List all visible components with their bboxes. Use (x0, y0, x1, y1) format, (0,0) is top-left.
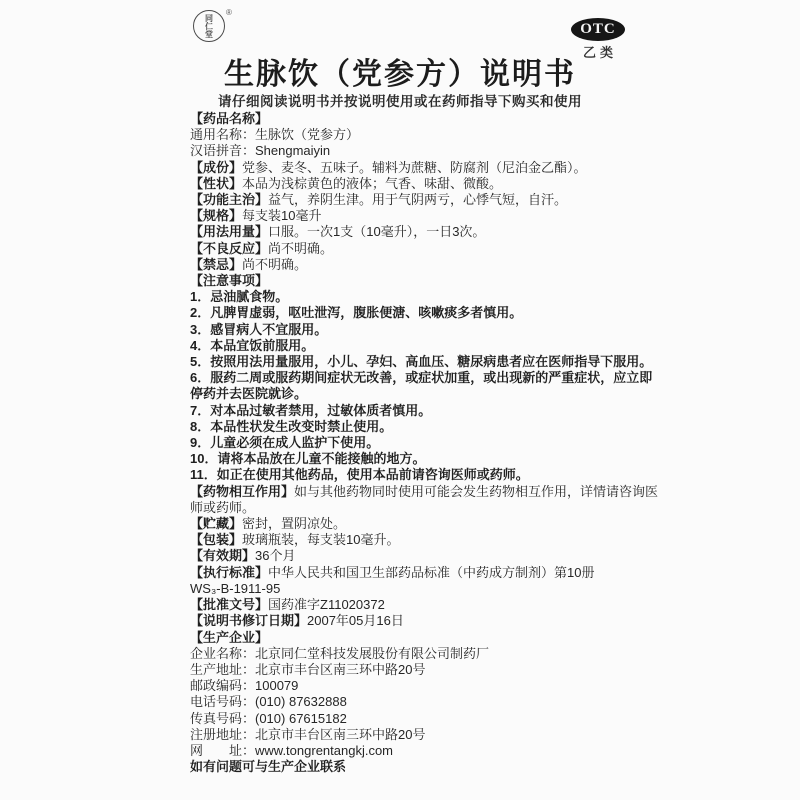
section-text: 11．如正在使用其他药品，使用本品前请咨询医师或药师。 (190, 467, 529, 482)
section-text: 密封，置阴凉处。 (242, 516, 346, 531)
section-label: 【说明书修订日期】 (190, 613, 307, 628)
document-line: 【说明书修订日期】2007年05月16日 (190, 613, 664, 629)
document-line: 【有效期】36个月 (190, 548, 664, 564)
section-text: 4．本品宜饭前服用。 (190, 338, 314, 353)
section-text: 本品为浅棕黄色的液体；气香、味甜、微酸。 (242, 176, 502, 191)
section-text: 如有问题可与生产企业联系 (190, 759, 346, 774)
document-line: 【禁忌】尚不明确。 (190, 257, 664, 273)
section-label: 【规格】 (190, 208, 242, 223)
document-line: 【包装】玻璃瓶装，每支装10毫升。 (190, 532, 664, 548)
section-text: 1．忌油腻食物。 (190, 289, 288, 304)
section-text: 通用名称：生脉饮（党参方） (190, 127, 359, 142)
registered-trademark-icon: ® (226, 8, 232, 17)
document-line: 【规格】每支装10毫升 (190, 208, 664, 224)
section-label: 【用法用量】 (190, 224, 268, 239)
section-label: 【生产企业】 (190, 630, 268, 645)
section-label: 【不良反应】 (190, 241, 268, 256)
section-text: 每支装10毫升 (242, 208, 321, 223)
document-line: 【批准文号】国药准字Z11020372 (190, 597, 664, 613)
document-line: 【用法用量】口服。一次1支（10毫升），一日3次。 (190, 224, 664, 240)
document-line: 汉语拼音：Shengmaiyin (190, 143, 664, 159)
document-line: 【药物相互作用】如与其他药物同时使用可能会发生药物相互作用，详情请咨询医师或药师… (190, 484, 664, 516)
document-line: 1．忌油腻食物。 (190, 289, 664, 305)
document-line: 企业名称：北京同仁堂科技发展股份有限公司制药厂 (190, 646, 664, 662)
document-line: 注册地址：北京市丰台区南三环中路20号 (190, 727, 664, 743)
page-subtitle: 请仔细阅读说明书并按说明使用或在药师指导下购买和使用 (0, 90, 800, 110)
section-text: 汉语拼音：Shengmaiyin (190, 143, 330, 158)
section-label: 【贮藏】 (190, 516, 242, 531)
document-line: 【生产企业】 (190, 630, 664, 646)
document-line: 【执行标准】中华人民共和国卫生部药品标准（中药成方制剂）第10册 (190, 565, 664, 581)
section-text: 7．对本品过敏者禁用，过敏体质者慎用。 (190, 403, 431, 418)
section-label: 【执行标准】 (190, 565, 268, 580)
section-text: 电话号码：(010) 87632888 (190, 694, 347, 709)
section-label: 【包装】 (190, 532, 242, 547)
section-text: 口服。一次1支（10毫升），一日3次。 (268, 224, 485, 239)
section-text: 生产地址：北京市丰台区南三环中路20号 (190, 662, 425, 677)
section-label: 【有效期】 (190, 548, 255, 563)
document-line: 【性状】本品为浅棕黄色的液体；气香、味甜、微酸。 (190, 176, 664, 192)
section-text: 企业名称：北京同仁堂科技发展股份有限公司制药厂 (190, 646, 489, 661)
section-label: 【批准文号】 (190, 597, 268, 612)
section-text: 9．儿童必须在成人监护下使用。 (190, 435, 379, 450)
section-text: 国药准字Z11020372 (268, 597, 385, 612)
section-text: 益气，养阴生津。用于气阴两亏，心悸气短，自汗。 (268, 192, 567, 207)
section-text: 网 址：www.tongrentangkj.com (190, 743, 393, 758)
document-line: 【不良反应】尚不明确。 (190, 241, 664, 257)
document-line: 6．服药二周或服药期间症状无改善，或症状加重，或出现新的严重症状，应立即停药并去… (190, 370, 664, 402)
document-line: 【成份】党参、麦冬、五味子。辅料为蔗糖、防腐剂（尼泊金乙酯）。 (190, 160, 664, 176)
document-line: 网 址：www.tongrentangkj.com (190, 743, 664, 759)
tongrentang-seal-icon: 同仁堂 (193, 10, 225, 42)
document-line: 电话号码：(010) 87632888 (190, 694, 664, 710)
document-body: 【药品名称】通用名称：生脉饮（党参方）汉语拼音：Shengmaiyin【成份】党… (190, 111, 664, 775)
section-label: 【药品名称】 (190, 111, 268, 126)
section-text: 2．凡脾胃虚弱，呕吐泄泻，腹胀便溏、咳嗽痰多者慎用。 (190, 305, 522, 320)
document-line: 通用名称：生脉饮（党参方） (190, 127, 664, 143)
section-label: 【注意事项】 (190, 273, 268, 288)
document-line: 11．如正在使用其他药品，使用本品前请咨询医师或药师。 (190, 467, 664, 483)
document-line: 9．儿童必须在成人监护下使用。 (190, 435, 664, 451)
section-label: 【禁忌】 (190, 257, 242, 272)
section-text: 传真号码：(010) 67615182 (190, 711, 347, 726)
section-text: 36个月 (255, 548, 295, 563)
document-line: 【注意事项】 (190, 273, 664, 289)
document-line: 8．本品性状发生改变时禁止使用。 (190, 419, 664, 435)
document-line: 【药品名称】 (190, 111, 664, 127)
section-text: 10．请将本品放在儿童不能接触的地方。 (190, 451, 425, 466)
section-text: 2007年05月16日 (307, 613, 404, 628)
section-text: 中华人民共和国卫生部药品标准（中药成方制剂）第10册 (268, 565, 594, 580)
section-text: 尚不明确。 (242, 257, 307, 272)
document-line: 7．对本品过敏者禁用，过敏体质者慎用。 (190, 403, 664, 419)
document-line: 10．请将本品放在儿童不能接触的地方。 (190, 451, 664, 467)
otc-badge: OTC (571, 18, 625, 41)
document-line: 2．凡脾胃虚弱，呕吐泄泻，腹胀便溏、咳嗽痰多者慎用。 (190, 305, 664, 321)
section-text: 邮政编码：100079 (190, 678, 298, 693)
leaflet-page: 同仁堂 ® OTC 乙类 生脉饮（党参方）说明书 请仔细阅读说明书并按说明使用或… (0, 0, 800, 800)
section-text: 3．感冒病人不宜服用。 (190, 322, 327, 337)
document-line: 【贮藏】密封，置阴凉处。 (190, 516, 664, 532)
document-line: 生产地址：北京市丰台区南三环中路20号 (190, 662, 664, 678)
document-line: 传真号码：(010) 67615182 (190, 711, 664, 727)
section-label: 【药物相互作用】 (190, 484, 294, 499)
seal-characters: 同仁堂 (205, 14, 214, 38)
section-label: 【性状】 (190, 176, 242, 191)
section-text: 党参、麦冬、五味子。辅料为蔗糖、防腐剂（尼泊金乙酯）。 (242, 160, 587, 175)
section-text: 5．按照用法用量服用，小儿、孕妇、高血压、糖尿病患者应在医师指导下服用。 (190, 354, 652, 369)
section-text: 注册地址：北京市丰台区南三环中路20号 (190, 727, 425, 742)
section-text: 玻璃瓶装，每支装10毫升。 (242, 532, 399, 547)
section-label: 【功能主治】 (190, 192, 268, 207)
document-line: 【功能主治】益气，养阴生津。用于气阴两亏，心悸气短，自汗。 (190, 192, 664, 208)
section-text: 8．本品性状发生改变时禁止使用。 (190, 419, 392, 434)
document-line: 如有问题可与生产企业联系 (190, 759, 664, 775)
section-text: 6．服药二周或服药期间症状无改善，或症状加重，或出现新的严重症状，应立即停药并去… (190, 370, 652, 401)
section-label: 【成份】 (190, 160, 242, 175)
document-line: 4．本品宜饭前服用。 (190, 338, 664, 354)
document-line: 3．感冒病人不宜服用。 (190, 322, 664, 338)
page-title: 生脉饮（党参方）说明书 (0, 49, 800, 93)
document-line: 5．按照用法用量服用，小儿、孕妇、高血压、糖尿病患者应在医师指导下服用。 (190, 354, 664, 370)
brand-seal: 同仁堂 ® (193, 8, 239, 48)
document-line: WS₃-B-1911-95 (190, 581, 664, 597)
document-line: 邮政编码：100079 (190, 678, 664, 694)
section-text: 尚不明确。 (268, 241, 333, 256)
section-text: WS₃-B-1911-95 (190, 581, 280, 596)
